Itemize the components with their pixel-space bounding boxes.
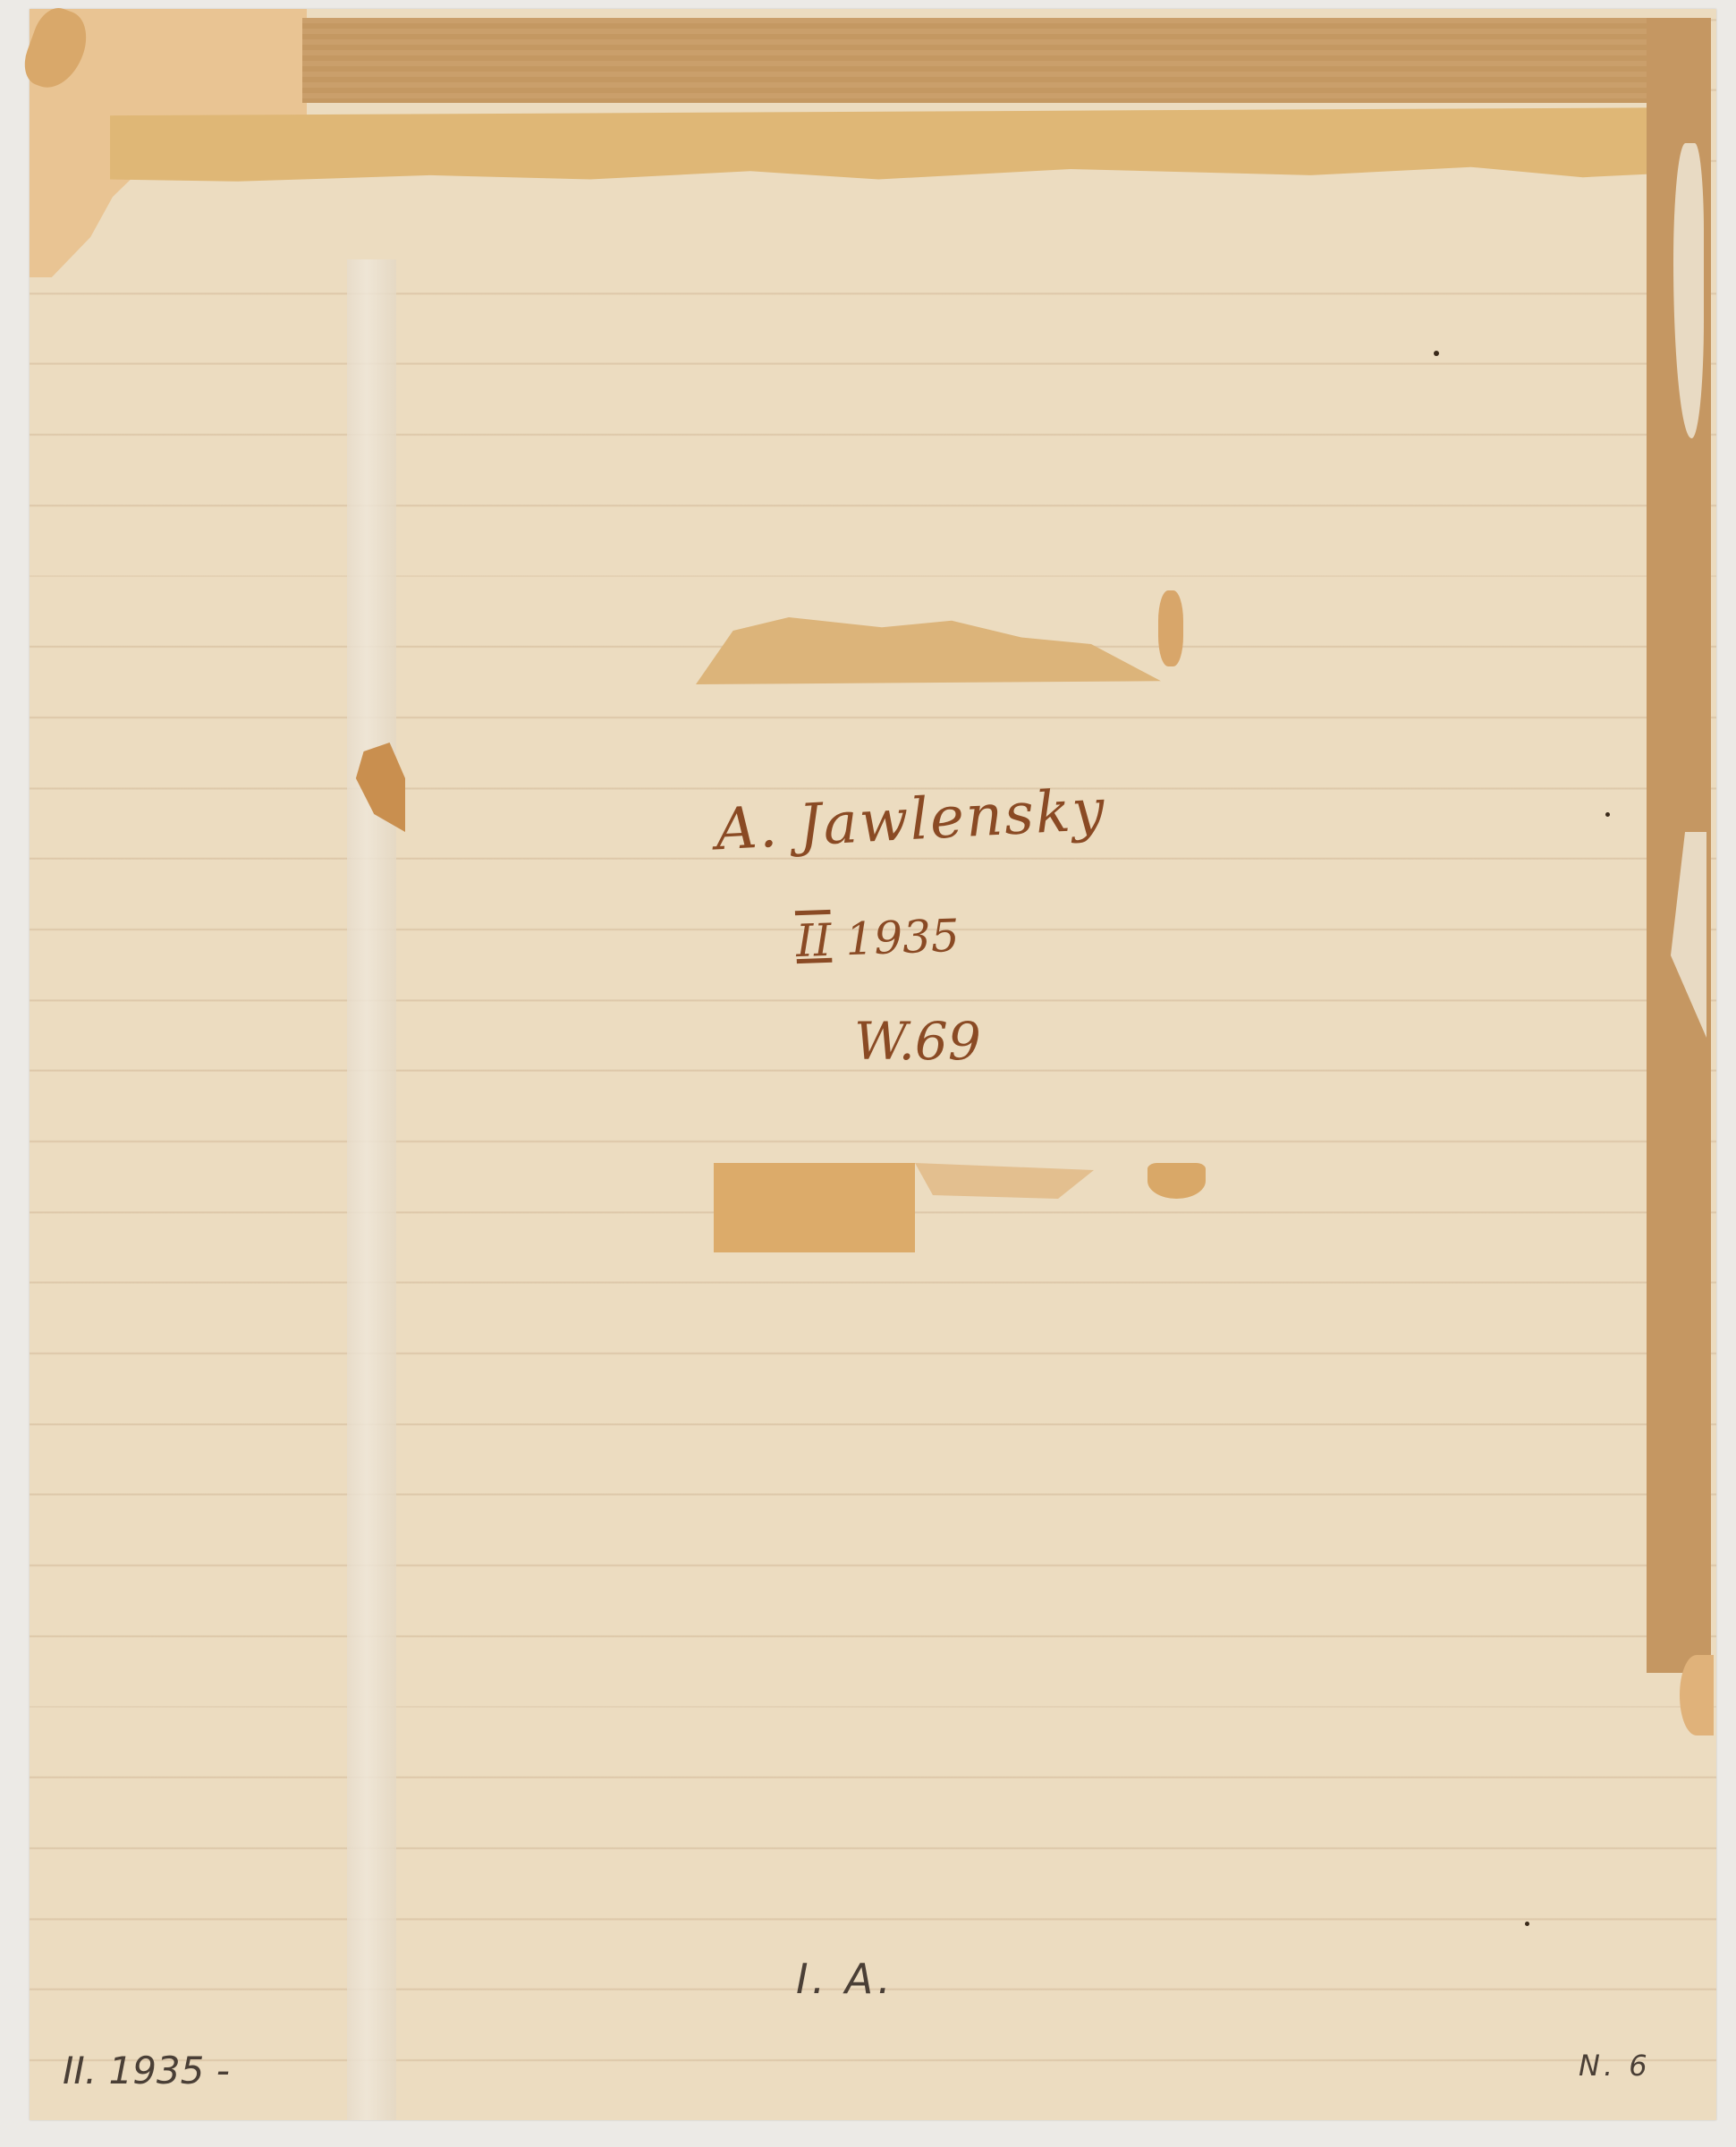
lower-tape-remnant <box>714 1163 915 1252</box>
lower-center-inscription: I. A. <box>796 1955 894 2003</box>
top-tape-band <box>110 107 1711 210</box>
date-year: 1935 <box>844 910 960 965</box>
ink-speck <box>1434 351 1439 356</box>
ink-speck <box>1605 812 1610 817</box>
ink-speck <box>1525 1922 1529 1926</box>
date-month-roman: II <box>795 914 833 967</box>
left-vertical-strip <box>347 259 396 2120</box>
top-strip-shade <box>302 18 1689 103</box>
catalog-number: W.69 <box>854 1011 981 1072</box>
upper-tape-remnant-right <box>1158 590 1183 666</box>
right-edge-stain <box>1680 1655 1714 1735</box>
upper-tape-remnant <box>696 617 1161 684</box>
inscription-date: II 1935 <box>795 910 961 967</box>
lower-tape-remnant-fade <box>915 1163 1094 1199</box>
lower-left-inscription: II. 1935 - <box>63 2049 230 2092</box>
lower-tape-remnant-right <box>1147 1163 1206 1199</box>
lower-right-inscription: N. 6 <box>1579 2049 1651 2083</box>
